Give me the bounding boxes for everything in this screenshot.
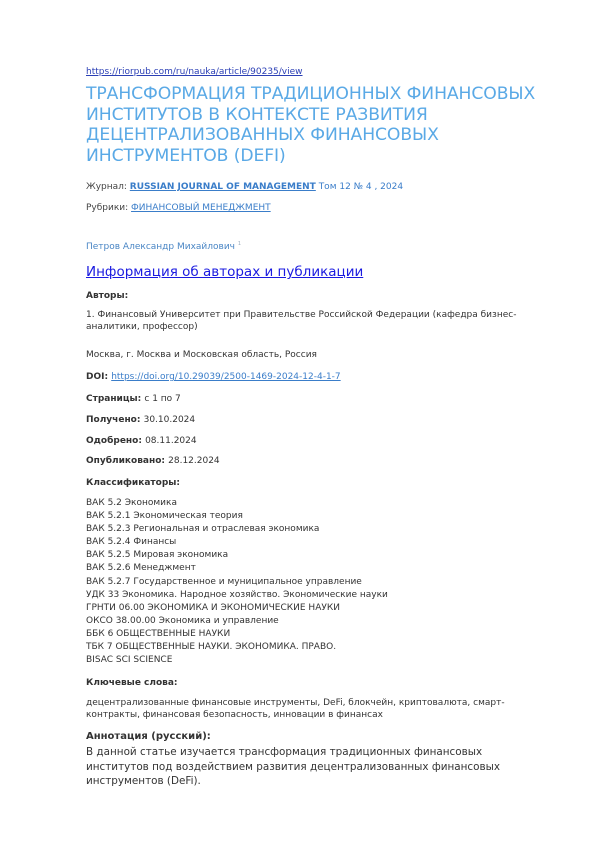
rubrics-label: Рубрики: <box>86 203 131 213</box>
author-location: Москва, г. Москва и Московская область, … <box>86 350 317 360</box>
journal-line: Журнал: RUSSIAN JOURNAL OF MANAGEMENT То… <box>86 182 403 192</box>
classifier-item: ВАК 5.2.3 Региональная и отраслевая экон… <box>86 523 388 536</box>
classifier-item: ТБК 7 ОБЩЕСТВЕННЫЕ НАУКИ. ЭКОНОМИКА. ПРА… <box>86 641 388 654</box>
approved-line: Одобрено: 08.11.2024 <box>86 436 197 446</box>
published-label: Опубликовано: <box>86 456 168 466</box>
classifiers-list: ВАК 5.2 Экономика ВАК 5.2.1 Экономическа… <box>86 497 388 667</box>
abstract-heading: Аннотация (русский): <box>86 731 211 742</box>
classifier-item: ВАК 5.2.6 Менеджмент <box>86 562 388 575</box>
pages-line: Страницы: с 1 по 7 <box>86 394 181 404</box>
doi-link[interactable]: https://doi.org/10.29039/2500-1469-2024-… <box>111 372 340 382</box>
author-affiliation-marker: 1 <box>238 241 241 247</box>
approved-label: Одобрено: <box>86 436 145 446</box>
rubrics-line: Рубрики: ФИНАНСОВЫЙ МЕНЕДЖМЕНТ <box>86 203 271 213</box>
classifier-item: ВАК 5.2.5 Мировая экономика <box>86 549 388 562</box>
doi-label: DOI: <box>86 372 111 382</box>
rubric-link[interactable]: ФИНАНСОВЫЙ МЕНЕДЖМЕНТ <box>131 203 271 213</box>
received-label: Получено: <box>86 415 144 425</box>
received-line: Получено: 30.10.2024 <box>86 415 195 425</box>
author-name[interactable]: Петров Александр Михайлович 1 <box>86 241 241 252</box>
journal-label: Журнал: <box>86 182 130 192</box>
pages-value: с 1 по 7 <box>144 394 180 404</box>
classifier-item: УДК 33 Экономика. Народное хозяйство. Эк… <box>86 589 388 602</box>
authors-info-link[interactable]: Информация об авторах и публикации <box>86 264 363 280</box>
classifier-item: ВАК 5.2.7 Государственное и муниципально… <box>86 576 388 589</box>
classifier-item: BISAC SCI SCIENCE <box>86 654 388 667</box>
journal-link[interactable]: RUSSIAN JOURNAL OF MANAGEMENT <box>130 182 316 192</box>
received-value: 30.10.2024 <box>144 415 196 425</box>
classifier-item: ГРНТИ 06.00 ЭКОНОМИКА И ЭКОНОМИЧЕСКИЕ НА… <box>86 602 388 615</box>
keywords-heading: Ключевые слова: <box>86 678 178 688</box>
published-line: Опубликовано: 28.12.2024 <box>86 456 220 466</box>
classifier-item: ОКСО 38.00.00 Экономика и управление <box>86 615 388 628</box>
classifier-item: ББК 6 ОБЩЕСТВЕННЫЕ НАУКИ <box>86 628 388 641</box>
article-title: ТРАНСФОРМАЦИЯ ТРАДИЦИОННЫХ ФИНАНСОВЫХ ИН… <box>86 84 546 166</box>
classifiers-heading: Классификаторы: <box>86 478 180 488</box>
classifier-item: ВАК 5.2.4 Финансы <box>86 536 388 549</box>
authors-heading: Авторы: <box>86 291 128 301</box>
doi-line: DOI: https://doi.org/10.29039/2500-1469-… <box>86 372 341 382</box>
journal-issue: Том 12 № 4 , 2024 <box>316 182 403 192</box>
abstract-text: В данной статье изучается трансформация … <box>86 745 546 789</box>
author-name-text: Петров Александр Михайлович <box>86 242 235 252</box>
published-value: 28.12.2024 <box>168 456 220 466</box>
approved-value: 08.11.2024 <box>145 436 197 446</box>
source-url-link[interactable]: https://riorpub.com/ru/nauka/article/902… <box>86 67 303 77</box>
classifier-item: ВАК 5.2 Экономика <box>86 497 388 510</box>
pages-label: Страницы: <box>86 394 144 404</box>
author-affiliation: 1. Финансовый Университет при Правительс… <box>86 309 536 333</box>
keywords-text: децентрализованные финансовые инструмент… <box>86 697 536 721</box>
classifier-item: ВАК 5.2.1 Экономическая теория <box>86 510 388 523</box>
